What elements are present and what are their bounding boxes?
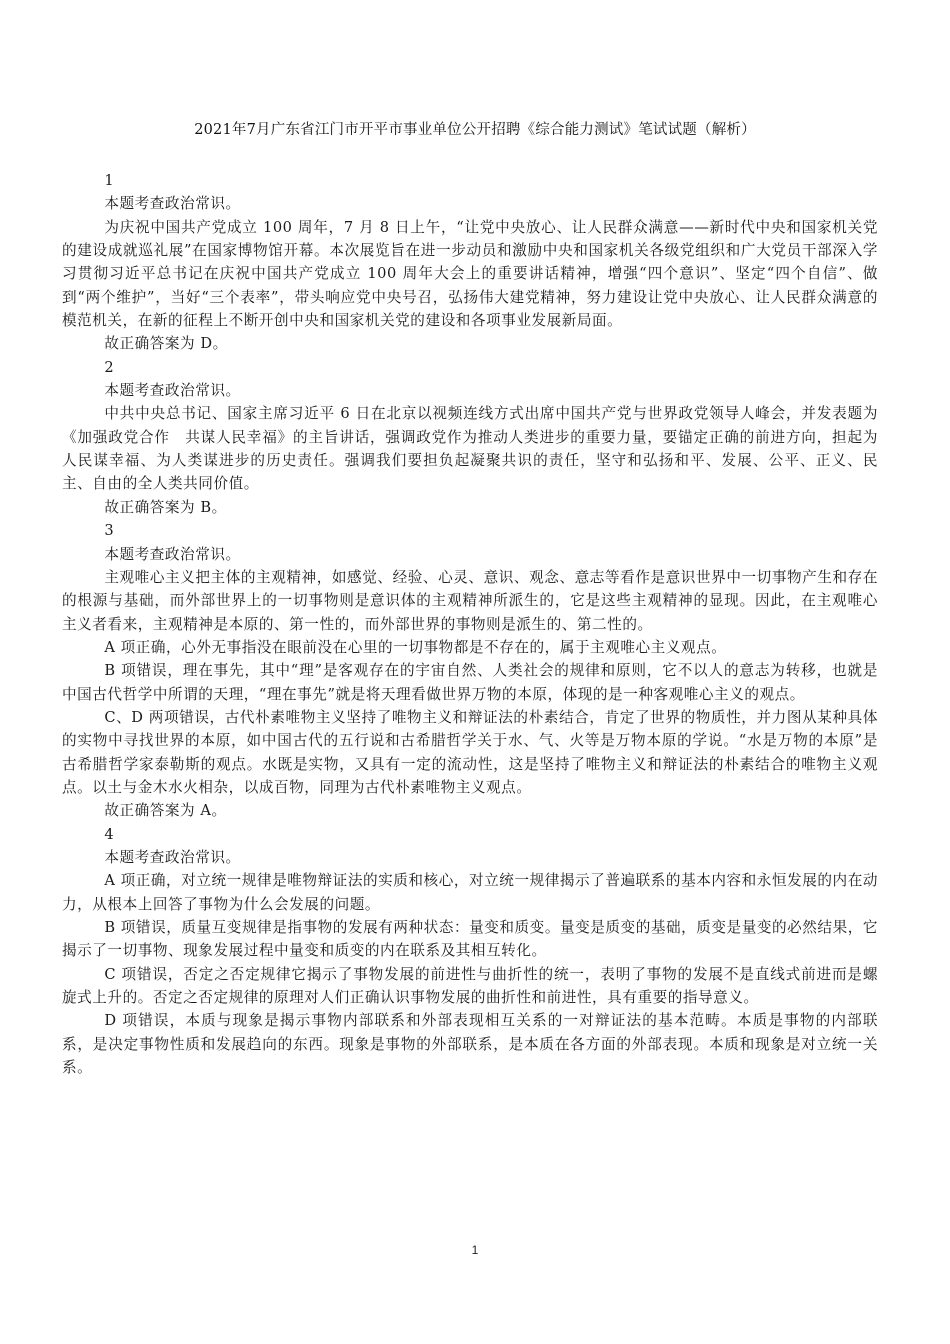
question-4: 4 本题考查政治常识。 A 项正确，对立统一规律是唯物辩证法的实质和核心，对立统… [62,823,878,1080]
explanation-paragraph: 中共中央总书记、国家主席习近平 6 日在北京以视频连线方式出席中国共产党与世界政… [62,402,878,495]
question-number: 1 [62,169,878,192]
question-number: 3 [62,519,878,542]
document-page: 2021年7月广东省江门市开平市事业单位公开招聘《综合能力测试》笔试试题（解析）… [0,0,950,1344]
document-body: 1 本题考查政治常识。 为庆祝中国共产党成立 100 周年，7 月 8 日上午，… [62,169,878,1079]
option-analysis-b: B 项错误，理在事先，其中“理”是客观存在的宇宙自然、人类社会的规律和原则，它不… [62,659,878,706]
question-2: 2 本题考查政治常识。 中共中央总书记、国家主席习近平 6 日在北京以视频连线方… [62,356,878,519]
question-3: 3 本题考查政治常识。 主观唯心主义把主体的主观精神，如感觉、经验、心灵、意识、… [62,519,878,822]
explanation-paragraph: 为庆祝中国共产党成立 100 周年，7 月 8 日上午，“让党中央放心、让人民群… [62,216,878,333]
document-title: 2021年7月广东省江门市开平市事业单位公开招聘《综合能力测试》笔试试题（解析） [0,118,950,139]
option-analysis-b: B 项错误，质量互变规律是指事物的发展有两种状态：量变和质变。量变是质变的基础，… [62,916,878,963]
question-topic: 本题考查政治常识。 [62,192,878,215]
question-number: 2 [62,356,878,379]
question-topic: 本题考查政治常识。 [62,543,878,566]
page-number: 1 [0,1243,950,1257]
explanation-paragraph: 主观唯心主义把主体的主观精神，如感觉、经验、心灵、意识、观念、意志等看作是意识世… [62,566,878,636]
question-number: 4 [62,823,878,846]
option-analysis-cd: C、D 两项错误，古代朴素唯物主义坚持了唯物主义和辩证法的朴素结合，肯定了世界的… [62,706,878,799]
question-1: 1 本题考查政治常识。 为庆祝中国共产党成立 100 周年，7 月 8 日上午，… [62,169,878,356]
answer-line: 故正确答案为 D。 [62,332,878,355]
question-topic: 本题考查政治常识。 [62,846,878,869]
question-topic: 本题考查政治常识。 [62,379,878,402]
answer-line: 故正确答案为 A。 [62,799,878,822]
answer-line: 故正确答案为 B。 [62,496,878,519]
option-analysis-a: A 项正确，心外无事指没在眼前没在心里的一切事物都是不存在的，属于主观唯心主义观… [62,636,878,659]
option-analysis-c: C 项错误，否定之否定规律它揭示了事物发展的前进性与曲折性的统一，表明了事物的发… [62,963,878,1010]
option-analysis-d: D 项错误，本质与现象是揭示事物内部联系和外部表现相互关系的一对辩证法的基本范畴… [62,1009,878,1079]
option-analysis-a: A 项正确，对立统一规律是唯物辩证法的实质和核心，对立统一规律揭示了普遍联系的基… [62,869,878,916]
